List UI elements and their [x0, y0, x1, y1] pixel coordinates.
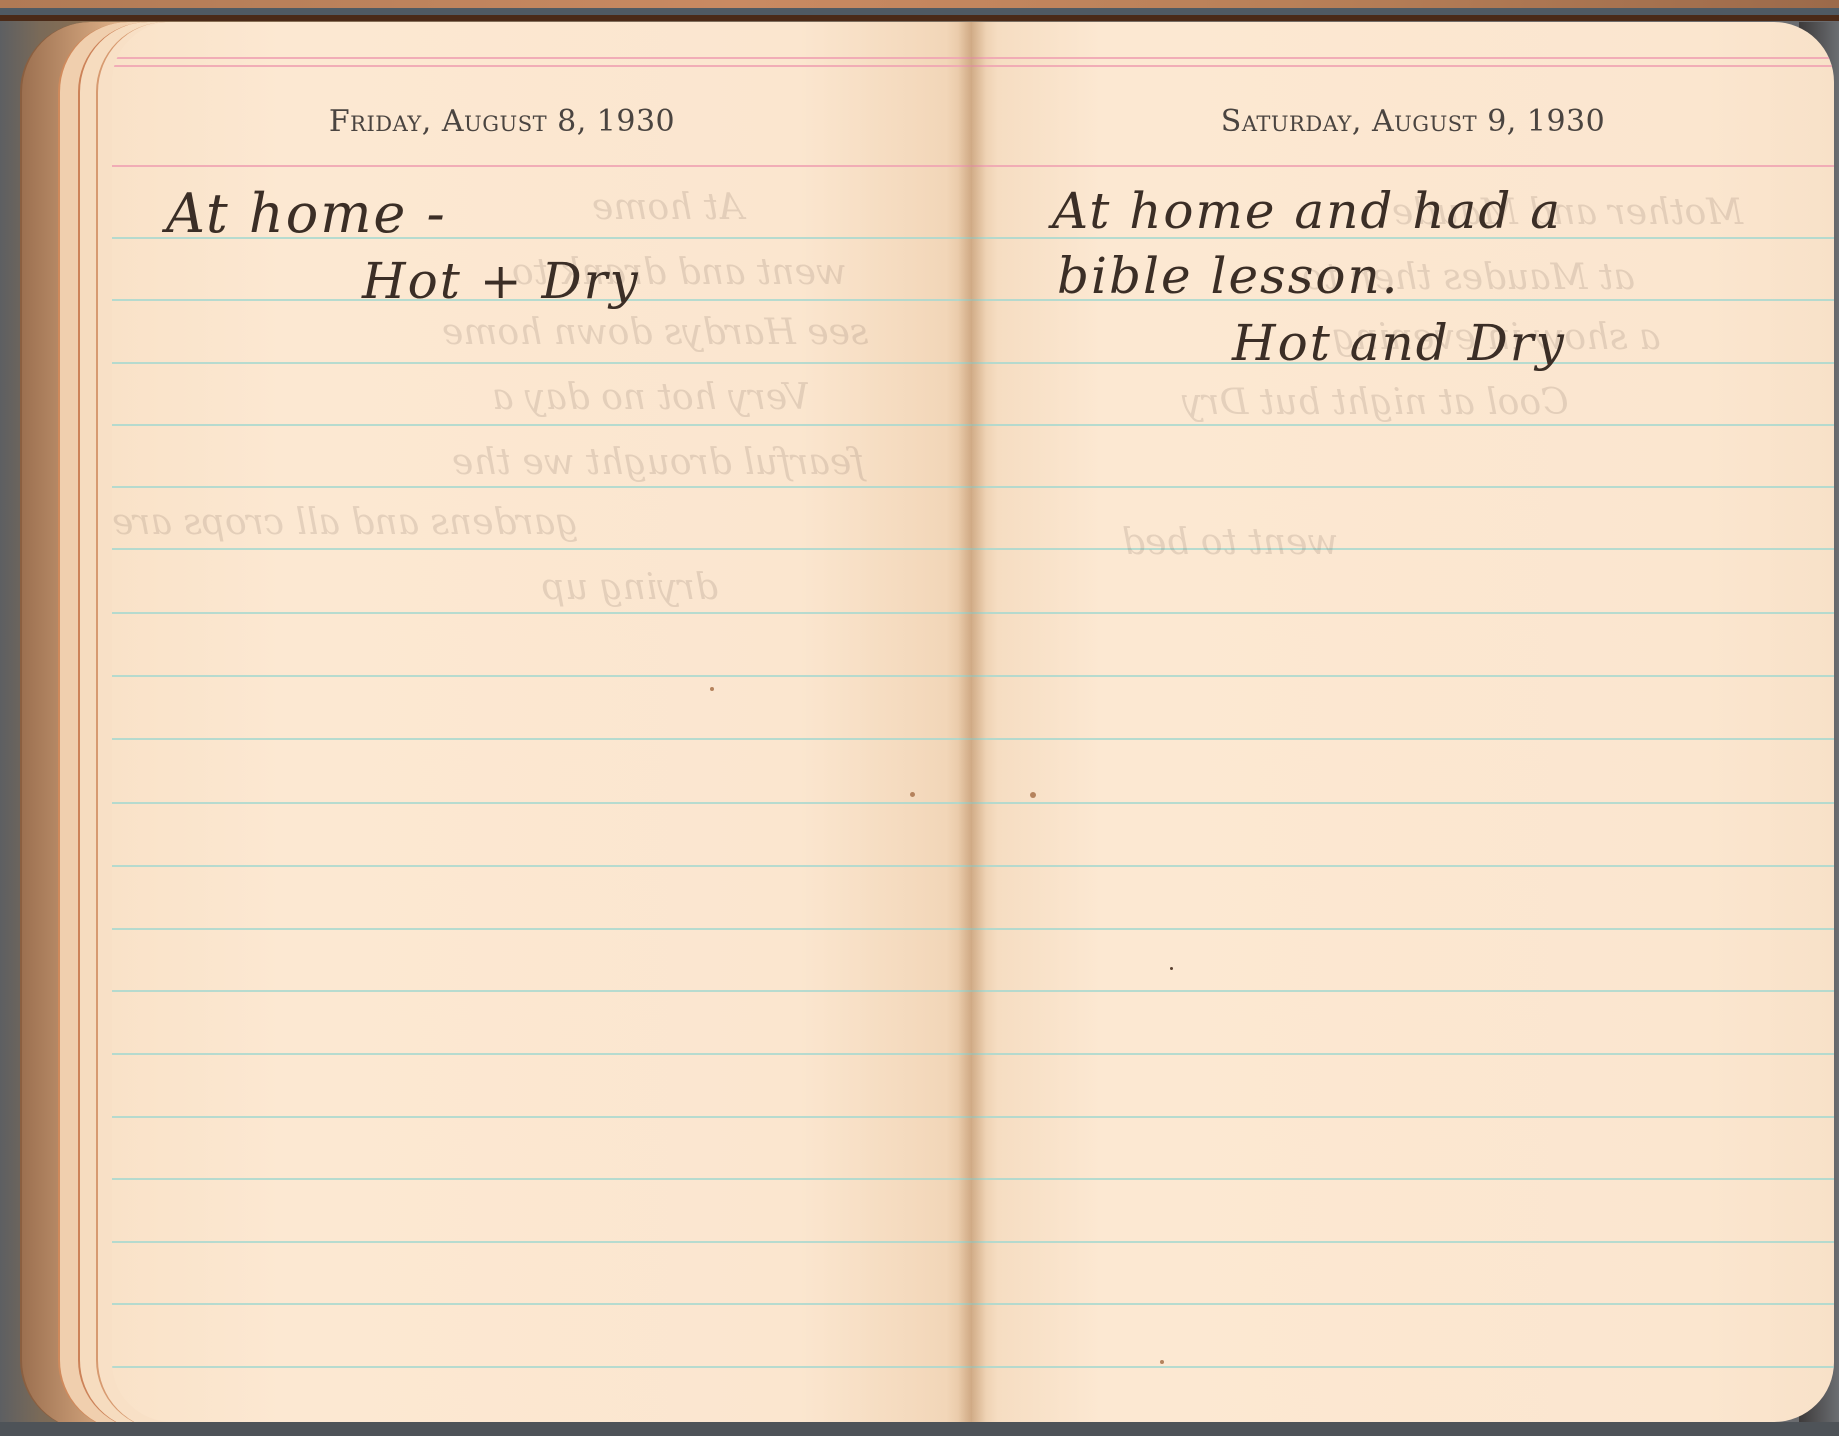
- ruled-line: [972, 928, 1834, 930]
- paper-spot: [1160, 1360, 1164, 1364]
- header-underline: [112, 165, 972, 167]
- ruled-line: [972, 548, 1834, 550]
- ruled-line: [972, 865, 1834, 867]
- bleed-through-text: fearful drought we the: [452, 442, 865, 483]
- ruled-line: [112, 802, 972, 804]
- bleed-through-text: At home: [592, 187, 744, 228]
- left-page: Friday, August 8, 1930 At home went and …: [112, 22, 972, 1422]
- entry-line-1: At home -: [166, 182, 447, 245]
- ruled-line: [972, 1178, 1834, 1180]
- ruled-line: [112, 1116, 972, 1118]
- paper-spot: [910, 792, 915, 797]
- ruled-line: [972, 486, 1834, 488]
- ruled-line: [112, 990, 972, 992]
- ruled-line: [972, 1241, 1834, 1243]
- ruled-line: [972, 1366, 1834, 1368]
- ruled-line: [112, 738, 972, 740]
- ruled-line: [972, 802, 1834, 804]
- ruled-line: [972, 424, 1834, 426]
- header-double-rule: [112, 57, 972, 59]
- ruled-line: [112, 1303, 972, 1305]
- cover-band: [0, 8, 1839, 15]
- right-page: Saturday, August 9, 1930 Mother and Maud…: [972, 22, 1834, 1422]
- paper-spot: [1030, 792, 1036, 798]
- ruled-line: [112, 612, 972, 614]
- paper-spot: [1170, 967, 1173, 970]
- ruled-line: [972, 612, 1834, 614]
- bleed-through-text: Cool at night but Dry: [1182, 382, 1569, 423]
- cover-band-dark: [0, 15, 1839, 21]
- header-underline: [972, 165, 1834, 167]
- date-header-saturday: Saturday, August 9, 1930: [982, 104, 1834, 139]
- ruled-line: [112, 865, 972, 867]
- entry-line-1: At home and had a: [1052, 182, 1562, 240]
- bleed-through-text: Very hot no day a: [492, 377, 810, 418]
- bleed-through-text: gardens and all crops are: [112, 502, 578, 543]
- ruled-line: [972, 1053, 1834, 1055]
- header-double-rule: [972, 65, 1834, 67]
- ruled-line: [112, 928, 972, 930]
- ruled-line: [972, 675, 1834, 677]
- ruled-line: [112, 675, 972, 677]
- entry-line-2: bible lesson.: [1057, 247, 1400, 305]
- header-double-rule: [972, 57, 1834, 59]
- entry-line-2: Hot + Dry: [362, 252, 640, 310]
- ruled-line: [112, 424, 972, 426]
- ruled-line: [972, 738, 1834, 740]
- ruled-line: [112, 486, 972, 488]
- entry-line-3: Hot and Dry: [1232, 314, 1566, 372]
- ruled-line: [112, 1366, 972, 1368]
- diary-photo: Friday, August 8, 1930 At home went and …: [0, 0, 1839, 1436]
- ruled-line: [972, 990, 1834, 992]
- header-double-rule: [112, 65, 972, 67]
- ruled-line: [972, 1116, 1834, 1118]
- cover-bottom-edge: [0, 1422, 1839, 1436]
- ruled-line: [972, 1303, 1834, 1305]
- bleed-through-text: drying up: [542, 567, 718, 608]
- date-header-friday: Friday, August 8, 1930: [112, 104, 932, 139]
- ruled-line: [112, 1178, 972, 1180]
- ruled-line: [112, 548, 972, 550]
- ruled-line: [112, 362, 972, 364]
- bleed-through-text: see Hardys down home: [442, 312, 868, 353]
- paper-spot: [710, 687, 714, 691]
- ruled-line: [112, 1241, 972, 1243]
- bleed-through-text: went to bed: [1122, 522, 1338, 563]
- cover-top-edge: [0, 0, 1839, 8]
- ruled-line: [112, 1053, 972, 1055]
